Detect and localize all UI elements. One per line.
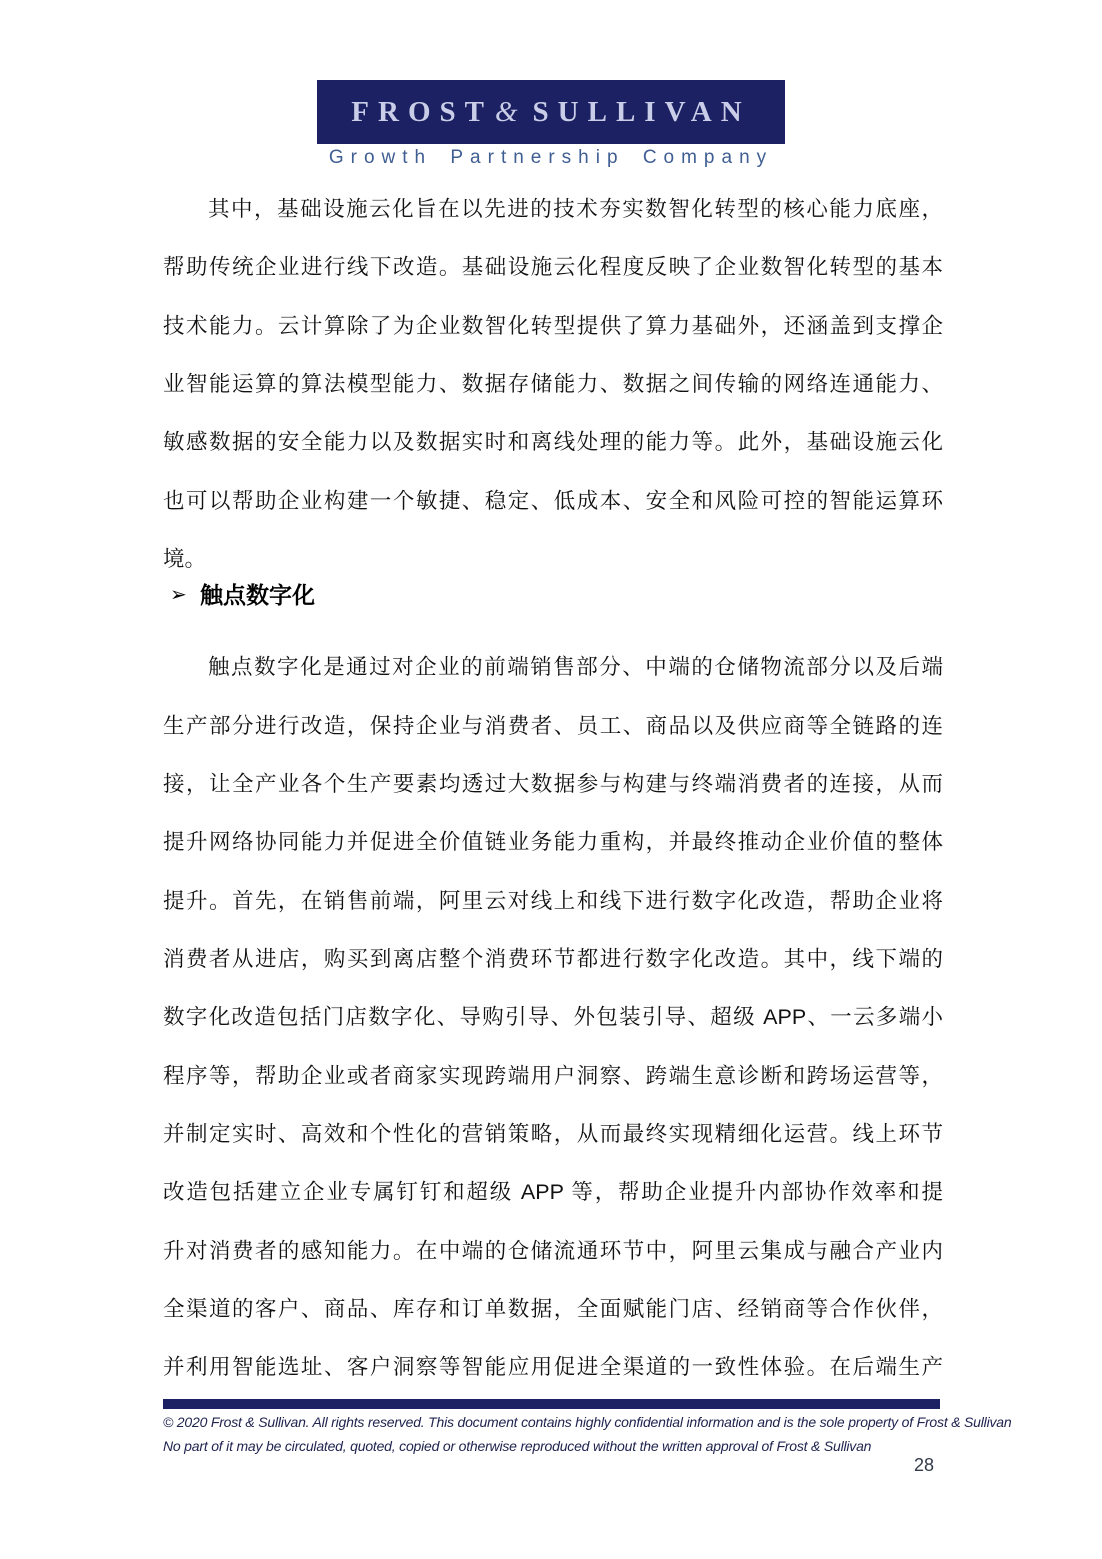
logo-word-frost: FROST <box>351 96 493 129</box>
text-line: 提升。首先，在销售前端，阿里云对线上和线下进行数字化改造，帮助企业将 <box>163 872 943 930</box>
paragraph-infrastructure-cloud: 其中，基础设施云化旨在以先进的技术夯实数智化转型的核心能力底座，帮助传统企业进行… <box>163 180 943 588</box>
paragraph-touchpoint-digitization: 触点数字化是通过对企业的前端销售部分、中端的仓储物流部分以及后端生产部分进行改造… <box>163 638 943 1396</box>
text-line: 全渠道的客户、商品、库存和订单数据，全面赋能门店、经销商等合作伙伴， <box>163 1280 943 1338</box>
text-line: 帮助传统企业进行线下改造。基础设施云化程度反映了企业数智化转型的基本 <box>163 238 943 296</box>
text-line: 程序等，帮助企业或者商家实现跨端用户洞察、跨端生意诊断和跨场运营等， <box>163 1047 943 1105</box>
text-line: 升对消费者的感知能力。在中端的仓储流通环节中，阿里云集成与融合产业内 <box>163 1222 943 1280</box>
footer-copyright-line1: © 2020 Frost & Sullivan. All rights rese… <box>163 1411 963 1435</box>
footer-divider-bar <box>163 1399 940 1409</box>
text-line: 其中，基础设施云化旨在以先进的技术夯实数智化转型的核心能力底座， <box>163 180 943 238</box>
section-heading: ➢ 触点数字化 <box>163 580 943 610</box>
text-line: 技术能力。云计算除了为企业数智化转型提供了算力基础外，还涵盖到支撑企 <box>163 297 943 355</box>
text-line: 并利用智能选址、客户洞察等智能应用促进全渠道的一致性体验。在后端生产 <box>163 1338 943 1396</box>
text-line: 改造包括建立企业专属钉钉和超级 APP 等，帮助企业提升内部协作效率和提 <box>163 1163 943 1221</box>
text-line: 触点数字化是通过对企业的前端销售部分、中端的仓储物流部分以及后端 <box>163 638 943 696</box>
text-line: 也可以帮助企业构建一个敏捷、稳定、低成本、安全和风险可控的智能运算环 <box>163 472 943 530</box>
arrow-bullet-icon: ➢ <box>163 580 200 610</box>
logo-word-sullivan: SULLIVAN <box>533 96 751 129</box>
footer-copyright-line2: No part of it may be circulated, quoted,… <box>163 1435 963 1459</box>
section-heading-label: 触点数字化 <box>200 580 315 610</box>
text-line: 消费者从进店，购买到离店整个消费环节都进行数字化改造。其中，线下端的 <box>163 930 943 988</box>
text-line: 生产部分进行改造，保持企业与消费者、员工、商品以及供应商等全链路的连 <box>163 697 943 755</box>
text-line: 并制定实时、高效和个性化的营销策略，从而最终实现精细化运营。线上环节 <box>163 1105 943 1163</box>
logo-ampersand: & <box>495 96 527 129</box>
text-line: 接，让全产业各个生产要素均透过大数据参与构建与终端消费者的连接，从而 <box>163 755 943 813</box>
document-page: FROST & SULLIVAN Growth Partnership Comp… <box>0 0 1102 1559</box>
company-logo: FROST & SULLIVAN <box>317 80 785 144</box>
text-line: 数字化改造包括门店数字化、导购引导、外包装引导、超级 APP、一云多端小 <box>163 988 943 1046</box>
text-line: 业智能运算的算法模型能力、数据存储能力、数据之间传输的网络连通能力、 <box>163 355 943 413</box>
logo-tagline: Growth Partnership Company <box>0 147 1102 169</box>
body-content: 其中，基础设施云化旨在以先进的技术夯实数智化转型的核心能力底座，帮助传统企业进行… <box>163 180 943 1397</box>
page-number: 28 <box>914 1455 934 1476</box>
text-line: 敏感数据的安全能力以及数据实时和离线处理的能力等。此外，基础设施云化 <box>163 413 943 471</box>
footer-copyright: © 2020 Frost & Sullivan. All rights rese… <box>163 1411 963 1458</box>
text-line: 提升网络协同能力并促进全价值链业务能力重构，并最终推动企业价值的整体 <box>163 813 943 871</box>
